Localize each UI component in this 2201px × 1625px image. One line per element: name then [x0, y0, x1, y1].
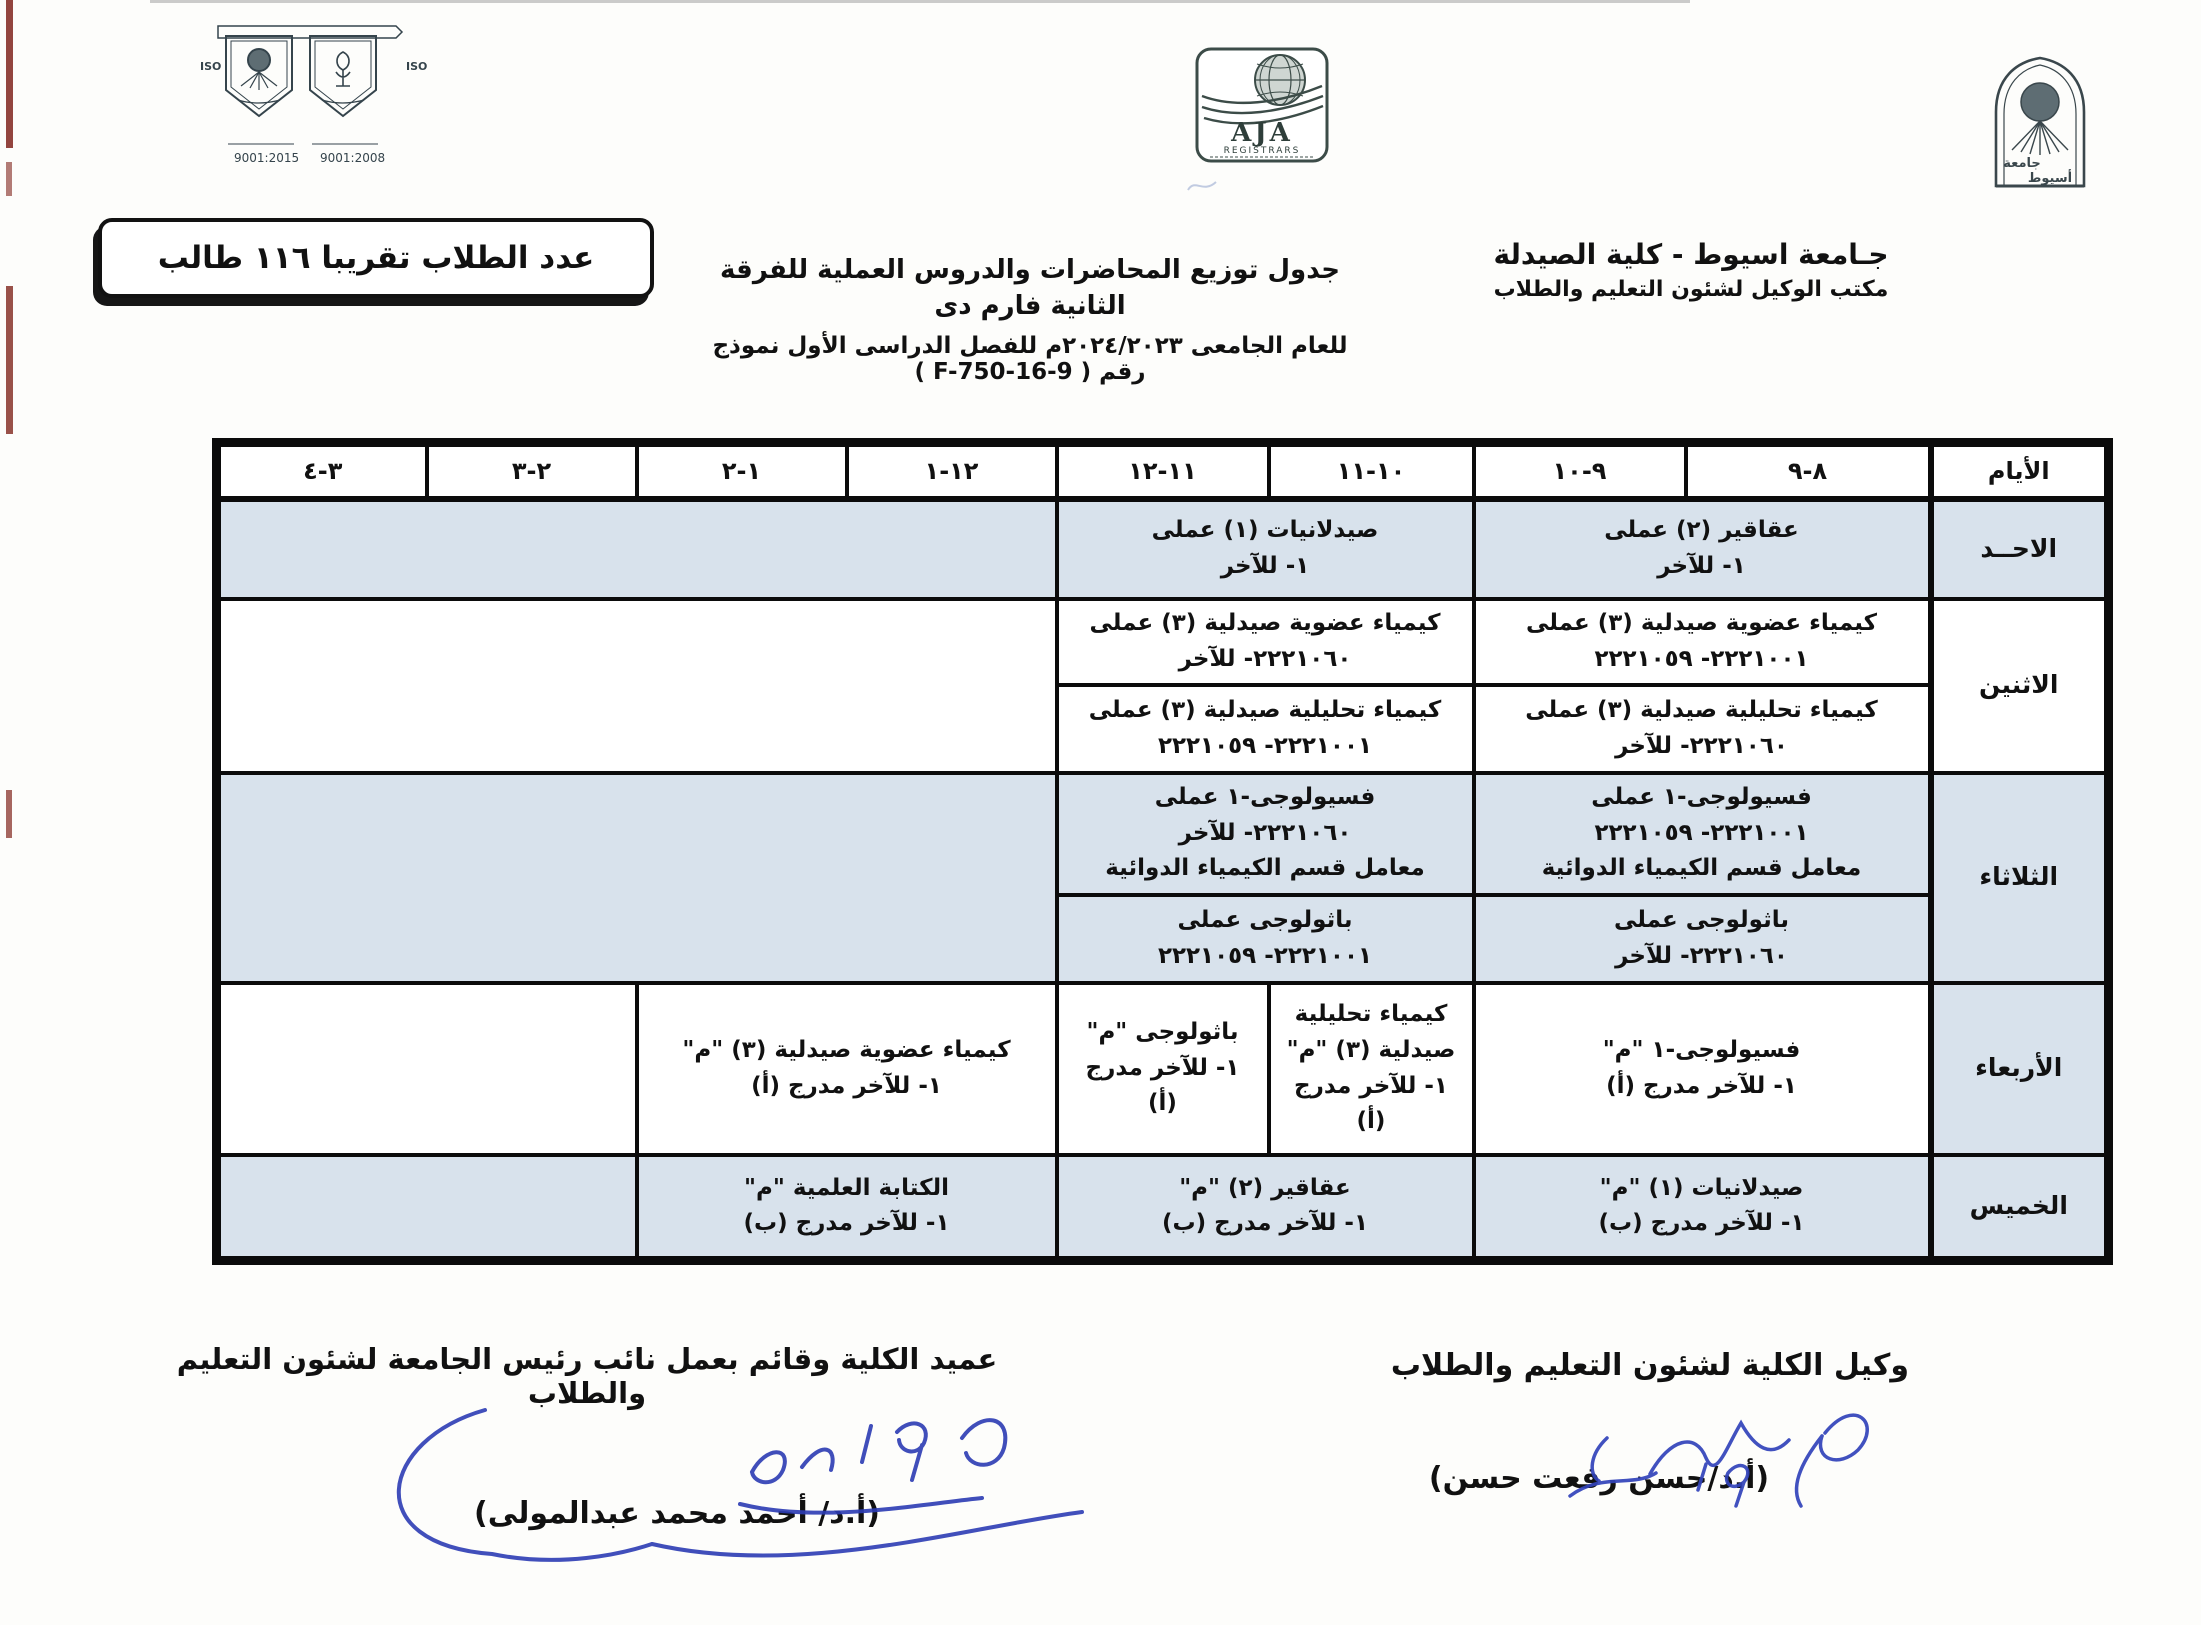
cell-thursday-scientific-writing-lecture: الكتابة العلمية "م" ١- للآخر مدرج (ب) — [637, 1155, 1057, 1261]
aja-logo-subtitle: REGISTRARS — [1224, 146, 1301, 156]
empty-cell — [217, 773, 1057, 983]
cell-sunday-pharmaceutics-practical: صيدلانيات (١) عملى ١- للآخر — [1057, 499, 1474, 599]
title-line-2: للعام الجامعى ٢٠٢٤/٢٠٢٣م للفصل الدراسى ا… — [700, 333, 1360, 385]
empty-cell — [217, 1155, 637, 1261]
row-tuesday-1: الثلاثاء فسيولوجى-١ عملى ٢٢٢١٠٠١- ٢٢٢١٠٥… — [217, 773, 2109, 895]
time-slot-2-3: ٢-٣ — [427, 443, 637, 499]
aja-logo-text: AJA — [1230, 118, 1293, 148]
scan-edge-artifact — [6, 286, 13, 434]
cell-thursday-pharmaceutics-lecture: صيدلانيات (١) "م" ١- للآخر مدرج (ب) — [1474, 1155, 1931, 1261]
cell-sunday-pharmacognosy-practical: عقاقير (٢) عملى ١- للآخر — [1474, 499, 1931, 599]
empty-cell — [217, 983, 637, 1155]
scan-edge-artifact — [6, 790, 12, 838]
time-slot-3-4: ٣-٤ — [217, 443, 427, 499]
cell-wednesday-pathology-lecture: باثولوجى "م" ١- للآخر مدرج (أ) — [1057, 983, 1269, 1155]
cell-tuesday-physiology-group2: فسيولوجى-١ عملى ٢٢٢١٠٦٠- للآخر معامل قسم… — [1057, 773, 1474, 895]
row-wednesday: الأربعاء فسيولوجى-١ "م" ١- للآخر مدرج (أ… — [217, 983, 2109, 1155]
aja-registrars-logo: AJA REGISTRARS — [1194, 46, 1332, 166]
scan-edge-artifact — [6, 162, 12, 196]
iso-label-right: ISO — [406, 60, 427, 73]
assiut-university-logo: جامعة أسيوط — [1988, 52, 2092, 192]
university-caption-2: أسيوط — [2028, 169, 2072, 186]
time-slot-11-12: ١١-١٢ — [1057, 443, 1269, 499]
cell-monday-organic-chem-group2: كيمياء عضوية صيدلية (٣) عملى ٢٢٢١٠٦٠- لل… — [1057, 599, 1474, 685]
iso-caption-left: 9001:2015 — [234, 151, 299, 165]
row-monday-1: الاثنين كيمياء عضوية صيدلية (٣) عملى ٢٢٢… — [217, 599, 2109, 685]
cell-wednesday-physiology-lecture: فسيولوجى-١ "م" ١- للآخر مدرج (أ) — [1474, 983, 1931, 1155]
cell-monday-analytical-chem-group1: كيمياء تحليلية صيدلية (٣) عملى ٢٢٢١٠٠١- … — [1057, 685, 1474, 773]
scan-edge-artifact — [6, 0, 13, 148]
pen-scuff-mark — [1186, 176, 1220, 198]
vice-dean-handwritten-signature — [1470, 1378, 1890, 1528]
time-slot-12-1: ١٢-١ — [847, 443, 1057, 499]
row-thursday: الخميس صيدلانيات (١) "م" ١- للآخر مدرج (… — [217, 1155, 2109, 1261]
faculty-line: جـامعة اسيوط - كلية الصيدلة — [1391, 238, 1991, 271]
day-label-tuesday: الثلاثاء — [1931, 773, 2109, 983]
days-column-header: الأيام — [1931, 443, 2109, 499]
cell-thursday-pharmacognosy-lecture: عقاقير (٢) "م" ١- للآخر مدرج (ب) — [1057, 1155, 1474, 1261]
empty-cell — [217, 499, 1057, 599]
cell-monday-organic-chem-group1: كيمياء عضوية صيدلية (٣) عملى ٢٢٢١٠٠١- ٢٢… — [1474, 599, 1931, 685]
empty-cell — [217, 599, 1057, 773]
day-label-wednesday: الأربعاء — [1931, 983, 2109, 1155]
cell-wednesday-analytical-chem-lecture: كيمياء تحليلية صيدلية (٣) "م" ١- للآخر م… — [1269, 983, 1474, 1155]
cell-monday-analytical-chem-group2: كيمياء تحليلية صيدلية (٣) عملى ٢٢٢١٠٦٠- … — [1474, 685, 1931, 773]
scan-edge-artifact — [150, 0, 1690, 3]
cell-tuesday-pathology-group1: باثولوجى عملى ٢٢٢١٠٠١- ٢٢٢١٠٥٩ — [1057, 895, 1474, 983]
university-caption-1: جامعة — [2003, 156, 2041, 171]
time-slot-9-10: ٩-١٠ — [1474, 443, 1686, 499]
iso-certification-logos: ISO ISO 9001:2015 9001:2008 — [198, 20, 438, 172]
schedule-table: الأيام ٨-٩ ٩-١٠ ١٠-١١ ١١-١٢ ١٢-١ ١-٢ ٢-٣… — [212, 438, 2113, 1265]
day-label-monday: الاثنين — [1931, 599, 2109, 773]
scanned-schedule-page: ISO ISO 9001:2015 9001:2008 AJA REGISTRA… — [0, 0, 2201, 1625]
day-label-sunday: الاحــد — [1931, 499, 2109, 599]
time-slot-8-9: ٨-٩ — [1686, 443, 1931, 499]
cell-wednesday-organic-chem-lecture: كيمياء عضوية صيدلية (٣) "م" ١- للآخر مدر… — [637, 983, 1057, 1155]
title-line-1: جدول توزيع المحاضرات والدروس العملية للف… — [700, 252, 1360, 325]
iso-caption-right: 9001:2008 — [320, 151, 385, 165]
iso-label-left: ISO — [200, 60, 221, 73]
cell-tuesday-physiology-group1: فسيولوجى-١ عملى ٢٢٢١٠٠١- ٢٢٢١٠٥٩ معامل ق… — [1474, 773, 1931, 895]
time-header-row: الأيام ٨-٩ ٩-١٠ ١٠-١١ ١١-١٢ ١٢-١ ١-٢ ٢-٣… — [217, 443, 2109, 499]
students-count-box: عدد الطلاب تقريبا ١١٦ طالب — [98, 218, 654, 298]
row-sunday: الاحــد عقاقير (٢) عملى ١- للآخر صيدلاني… — [217, 499, 2109, 599]
time-slot-1-2: ١-٢ — [637, 443, 847, 499]
office-line: مكتب الوكيل لشئون التعليم والطلاب — [1391, 277, 1991, 302]
time-slot-10-11: ١٠-١١ — [1269, 443, 1474, 499]
day-label-thursday: الخميس — [1931, 1155, 2109, 1261]
cell-tuesday-pathology-group2: باثولوجى عملى ٢٢٢١٠٦٠- للآخر — [1474, 895, 1931, 983]
dean-handwritten-signature — [320, 1352, 1110, 1587]
document-title: جدول توزيع المحاضرات والدروس العملية للف… — [700, 252, 1360, 385]
faculty-header: جـامعة اسيوط - كلية الصيدلة مكتب الوكيل … — [1391, 238, 1991, 302]
